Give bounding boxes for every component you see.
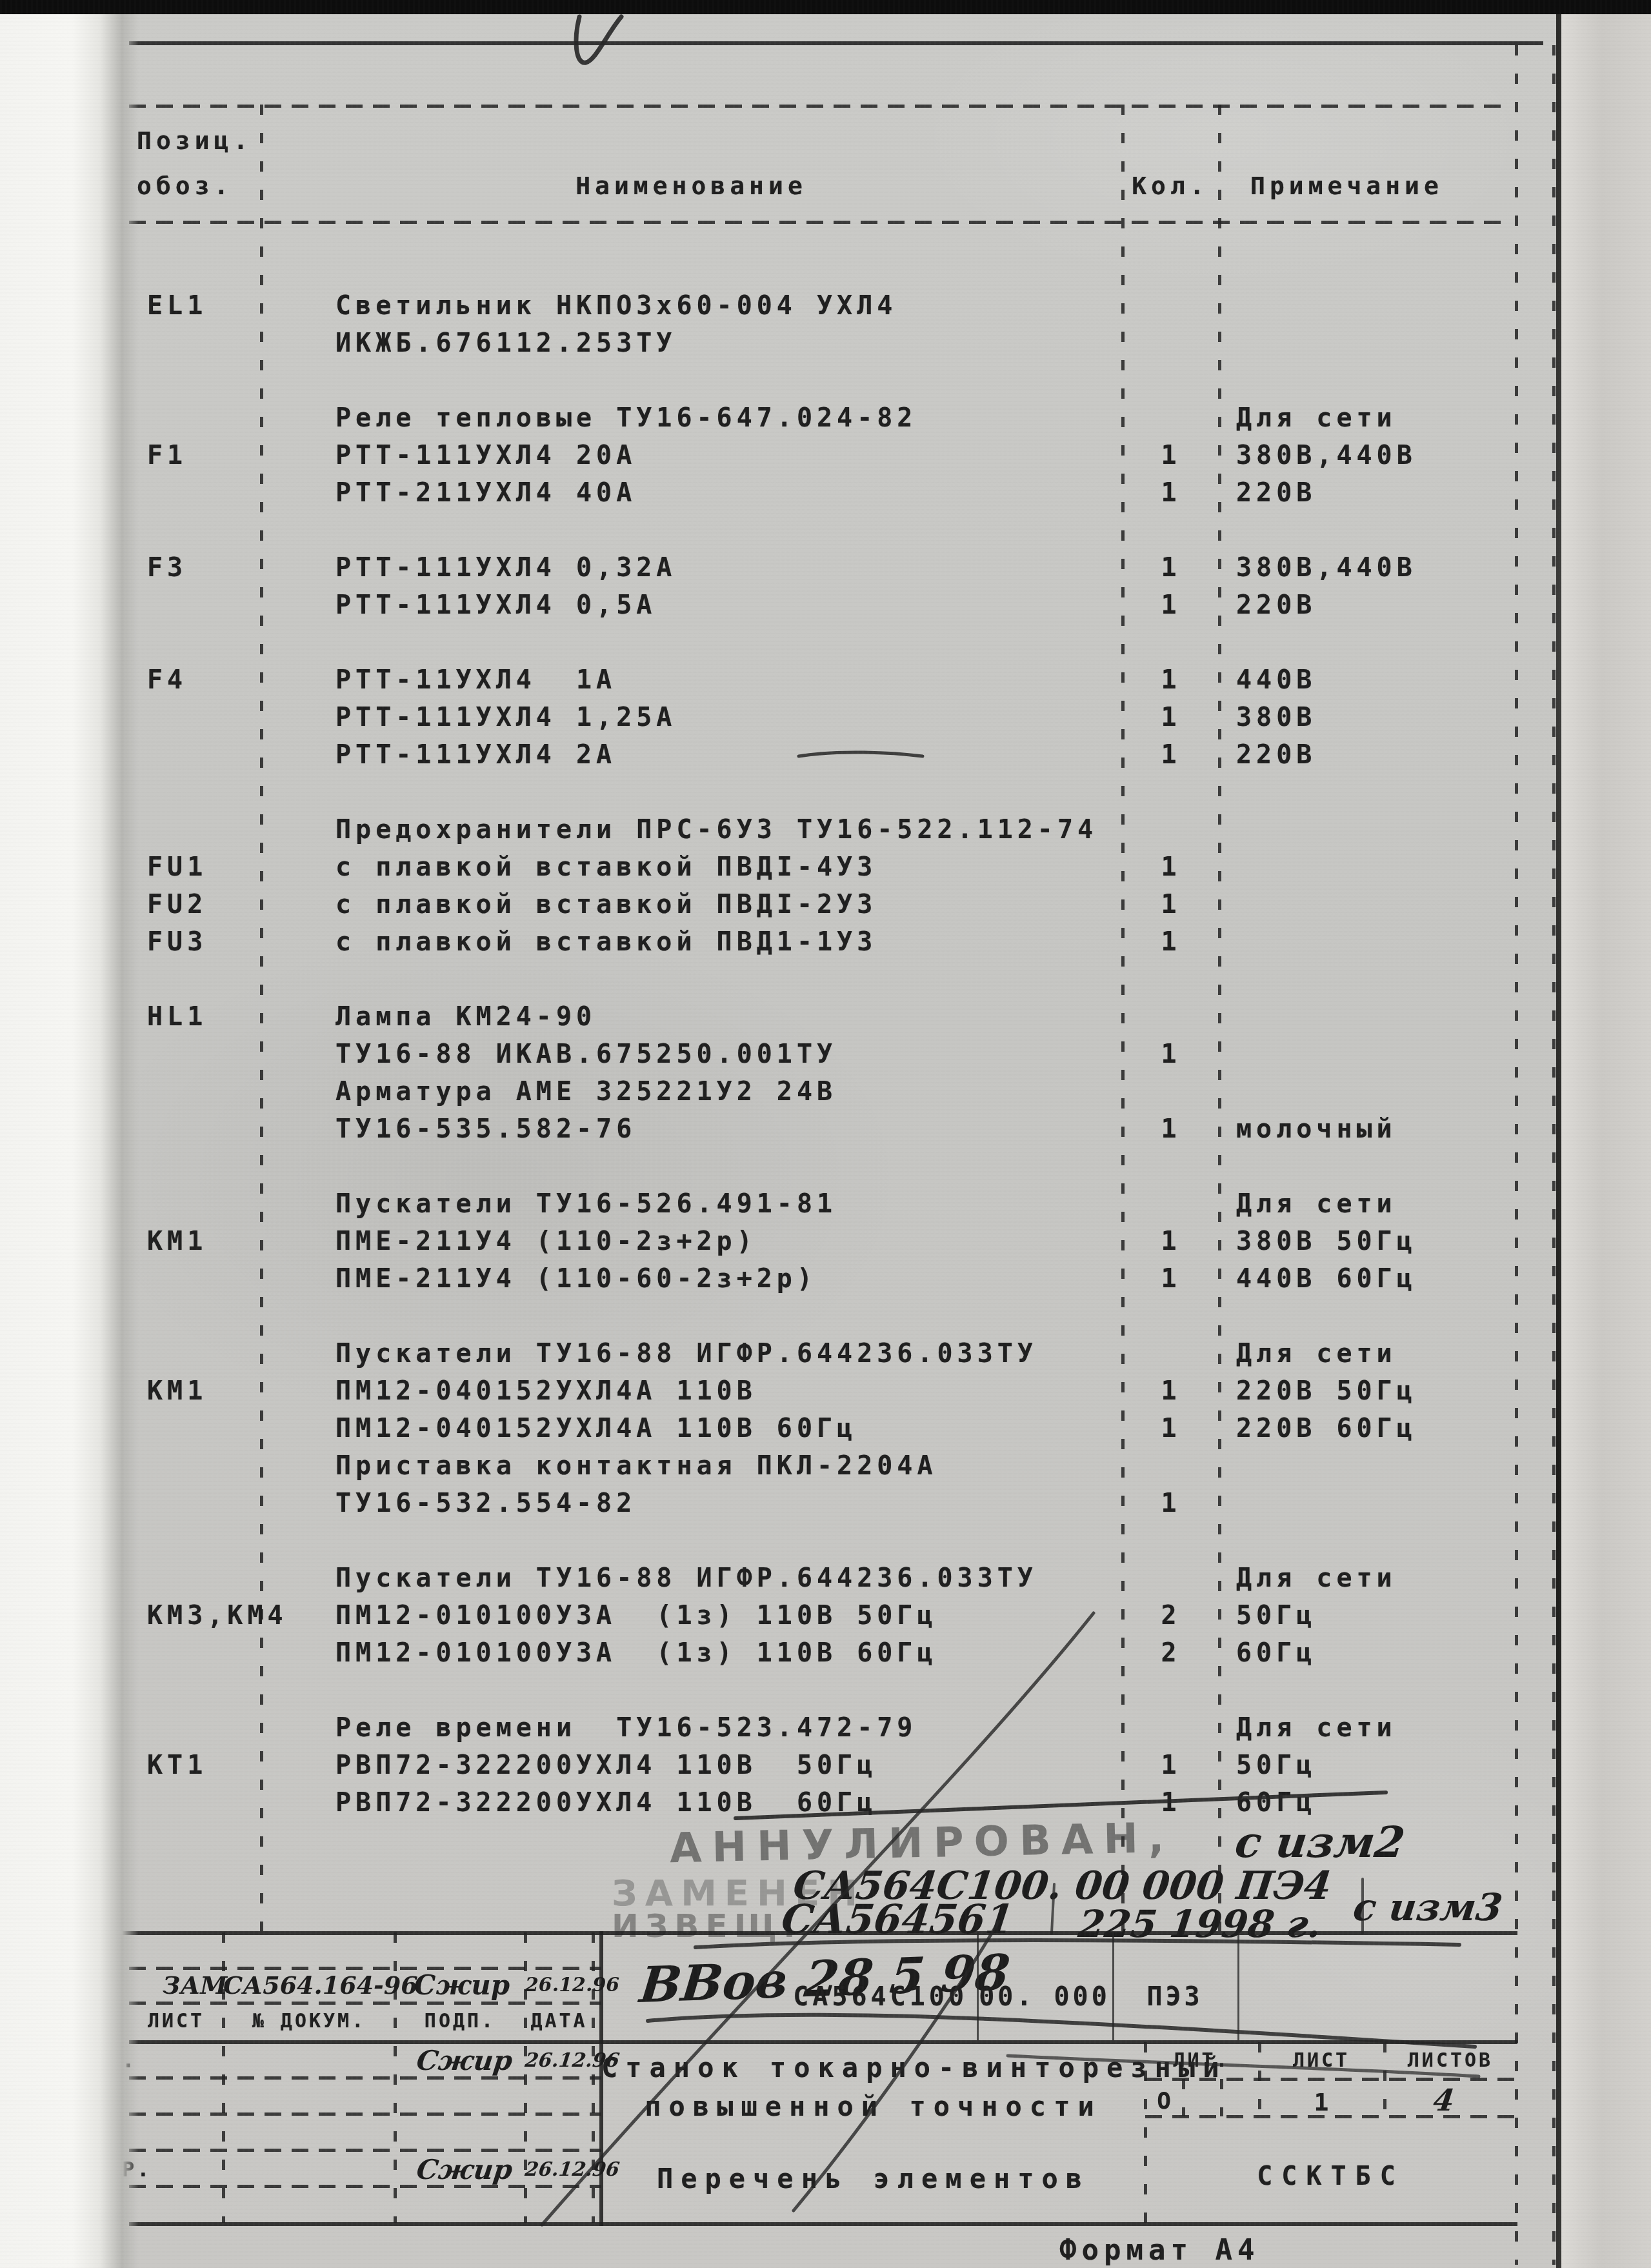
row-position xyxy=(129,699,261,736)
lit-value: О xyxy=(1145,2088,1183,2114)
row-note: 50Гц xyxy=(1219,1597,1516,1634)
row-name: РТТ-211УХЛ4 40А xyxy=(261,474,1123,512)
row-name: ПМЕ-211У4 (110-2з+2р) xyxy=(261,1223,1123,1260)
role-sign-cell: Сжир xyxy=(395,2045,525,2076)
row-note xyxy=(1219,774,1516,811)
role-sign-cell: Сжир xyxy=(395,2154,525,2185)
table-row xyxy=(129,774,1516,811)
role-rows: ЗРАБ.Сжир26.12.96ОВ.ЖНАЯКОНТР.Сжир26.12.… xyxy=(129,2042,601,2224)
role-label: ОВ. xyxy=(129,2085,223,2109)
row-name xyxy=(261,1148,1123,1185)
row-qty xyxy=(1123,1672,1219,1709)
row-name: ПМ12-010100У3А (1з) 110В 50Гц xyxy=(261,1597,1123,1634)
table-row: F3РТТ-111УХЛ4 0,32А1380В,440В xyxy=(129,549,1516,587)
lit-header-sheet: ЛИСТ xyxy=(1259,2049,1383,2072)
row-name: РВП72-322200УХЛ4 110В 60Гц xyxy=(261,1784,1123,1821)
row-qty: 1 xyxy=(1123,1410,1219,1447)
row-position: F3 xyxy=(129,549,261,587)
notice-stamp: ИЗВЕЩ. xyxy=(612,1907,802,1945)
table-row: Реле тепловые ТУ16-647.024-82Для сети xyxy=(129,399,1516,437)
table-row xyxy=(129,1148,1516,1185)
row-qty: 1 xyxy=(1123,474,1219,512)
row-name: Пускатели ТУ16-526.491-81 xyxy=(261,1185,1123,1223)
row-name xyxy=(261,961,1123,998)
table-row: РТТ-111УХЛ4 1,25А1380В xyxy=(129,699,1516,736)
row-qty xyxy=(1123,961,1219,998)
row-name: РТТ-111УХЛ4 1,25А xyxy=(261,699,1123,736)
table-row: Пускатели ТУ16-88 ИГФР.644236.033ТУДля с… xyxy=(129,1335,1516,1372)
row-qty xyxy=(1123,1709,1219,1747)
table-row xyxy=(129,512,1516,549)
row-note: молочный xyxy=(1219,1110,1516,1148)
row-qty xyxy=(1123,1073,1219,1110)
row-qty xyxy=(1123,811,1219,848)
row-note xyxy=(1219,1298,1516,1335)
table-row: ТУ16-532.554-821 xyxy=(129,1485,1516,1522)
row-qty xyxy=(1123,1447,1219,1485)
table-row: КМ1ПМ12-040152УХЛ4А 110В1220В 50Гц xyxy=(129,1372,1516,1410)
row-note xyxy=(1219,624,1516,661)
row-position xyxy=(129,1110,261,1148)
row-position: FU3 xyxy=(129,923,261,961)
row-name: Лампа КМ24-90 xyxy=(261,998,1123,1036)
row-name: Приставка контактная ПКЛ-2204А xyxy=(261,1447,1123,1485)
table-row xyxy=(129,961,1516,998)
role-label: КОНТР. xyxy=(129,2157,223,2182)
row-position xyxy=(129,399,261,437)
row-qty: 1 xyxy=(1123,699,1219,736)
row-note xyxy=(1219,512,1516,549)
row-position xyxy=(129,512,261,549)
row-note: 220В 50Гц xyxy=(1219,1372,1516,1410)
row-name: ПМЕ-211У4 (110-60-2з+2р) xyxy=(261,1260,1123,1298)
row-name xyxy=(261,624,1123,661)
top-rule xyxy=(129,41,1543,45)
row-position xyxy=(129,811,261,848)
col-sign-label: ПОДП. xyxy=(395,2010,525,2032)
row-qty: 1 xyxy=(1123,1036,1219,1073)
row-note: 220В xyxy=(1219,736,1516,774)
row-name: с плавкой вставкой ПВДІ-2У3 xyxy=(261,886,1123,923)
row-position xyxy=(129,774,261,811)
row-position: HL1 xyxy=(129,998,261,1036)
product-title-line1: Станок токарно-винторезный xyxy=(601,2052,1145,2083)
row-position: FU2 xyxy=(129,886,261,923)
lit-header-sheets: ЛИСТОВ xyxy=(1385,2049,1516,2072)
role-label: ЖНАЯ xyxy=(129,2121,223,2145)
table-row: Реле времени ТУ16-523.472-79Для сети xyxy=(129,1709,1516,1747)
row-position: КМ1 xyxy=(129,1372,261,1410)
row-position xyxy=(129,1148,261,1185)
row-name: Реле тепловые ТУ16-647.024-82 xyxy=(261,399,1123,437)
row-note xyxy=(1219,848,1516,886)
row-name: Пускатели ТУ16-88 ИГФР.644236.033ТУ xyxy=(261,1560,1123,1597)
format-label: Формат А4 xyxy=(1059,2234,1259,2267)
table-row: РТТ-111УХЛ4 0,5А1220В xyxy=(129,587,1516,624)
scan-top-bar xyxy=(0,0,1651,14)
underlying-page-edge xyxy=(1561,0,1651,2268)
row-qty: 1 xyxy=(1123,1260,1219,1298)
row-note: Для сети xyxy=(1219,1185,1516,1223)
row-qty xyxy=(1123,1335,1219,1372)
row-name: ИКЖБ.676112.253ТУ xyxy=(261,325,1123,362)
row-qty: 1 xyxy=(1123,1372,1219,1410)
col-docno-label: № ДОКУМ. xyxy=(223,2010,395,2032)
role-signature: Сжир xyxy=(415,2045,527,2076)
table-row: РТТ-211УХЛ4 40А1220В xyxy=(129,474,1516,512)
row-name xyxy=(261,1522,1123,1560)
row-qty xyxy=(1123,325,1219,362)
row-name: РТТ-111УХЛ4 20А xyxy=(261,437,1123,474)
sheets-value-handwriting: 4 xyxy=(1432,2083,1457,2118)
row-position xyxy=(129,1634,261,1672)
row-name: Предохранители ПРС-6У3 ТУ16-522.112-74 xyxy=(261,811,1123,848)
header-pos-line2: обоз. xyxy=(137,172,233,200)
header-note: Примечание xyxy=(1250,172,1443,200)
row-qty: 1 xyxy=(1123,661,1219,699)
row-qty xyxy=(1123,399,1219,437)
row-note: 380В,440В xyxy=(1219,549,1516,587)
row-note xyxy=(1219,961,1516,998)
lit-header-lit: ЛИТ. xyxy=(1145,2049,1258,2072)
role-signature: Сжир xyxy=(415,2154,527,2185)
row-position: F1 xyxy=(129,437,261,474)
row-note: Для сети xyxy=(1219,1335,1516,1372)
annulled-note-handwriting: с изм2 xyxy=(1232,1817,1408,1867)
row-position xyxy=(129,1784,261,1821)
designation-div-3 xyxy=(1237,1932,1239,2040)
row-note xyxy=(1219,923,1516,961)
row-note: 220В 60Гц xyxy=(1219,1410,1516,1447)
scanned-parts-list-page: Позиц. обоз. Наименование Кол. Примечани… xyxy=(0,0,1651,2268)
revision-change: ЗАМ xyxy=(129,1971,223,2000)
row-qty: 1 xyxy=(1123,1110,1219,1148)
row-note: 50Гц xyxy=(1219,1747,1516,1784)
table-row: HL1Лампа КМ24-90 xyxy=(129,998,1516,1036)
table-row: КМ3,КМ4ПМ12-010100У3А (1з) 110В 50Гц250Г… xyxy=(129,1597,1516,1634)
titleblock-top-rule xyxy=(110,1931,1517,1935)
designation-part2: 00. 000 xyxy=(978,1982,1111,2012)
table-row xyxy=(129,362,1516,399)
table-row: ПМЕ-211У4 (110-60-2з+2р)1440В 60Гц xyxy=(129,1260,1516,1298)
row-qty: 2 xyxy=(1123,1634,1219,1672)
row-note: 380В xyxy=(1219,699,1516,736)
row-name xyxy=(261,512,1123,549)
row-note: 440В 60Гц xyxy=(1219,1260,1516,1298)
header-qty: Кол. xyxy=(1123,172,1218,200)
row-name xyxy=(261,362,1123,399)
table-row: ПМ12-010100У3А (1з) 110В 60Гц260Гц xyxy=(129,1634,1516,1672)
row-position xyxy=(129,1709,261,1747)
col-sheet-label: ЛИСТ xyxy=(129,2010,223,2032)
row-position: КМ1 xyxy=(129,1223,261,1260)
row-position xyxy=(129,1522,261,1560)
row-qty: 1 xyxy=(1123,1223,1219,1260)
row-qty: 1 xyxy=(1123,437,1219,474)
header-name: Наименование xyxy=(261,172,1121,200)
table-row: Пускатели ТУ16-88 ИГФР.644236.033ТУДля с… xyxy=(129,1560,1516,1597)
table-row: ИКЖБ.676112.253ТУ xyxy=(129,325,1516,362)
row-qty: 1 xyxy=(1123,848,1219,886)
page-fold-edge xyxy=(0,0,139,2268)
table-row: РВП72-322200УХЛ4 110В 60Гц160Гц xyxy=(129,1784,1516,1821)
table-row: Пускатели ТУ16-526.491-81Для сети xyxy=(129,1185,1516,1223)
row-name: с плавкой вставкой ПВДІ-4У3 xyxy=(261,848,1123,886)
table-row: EL1Светильник НКПО3х60-004 УХЛ4 xyxy=(129,287,1516,325)
row-qty xyxy=(1123,774,1219,811)
row-note xyxy=(1219,1036,1516,1073)
frame-right-outer xyxy=(1552,45,1556,2265)
revision-sign: Сжир xyxy=(395,1969,525,2001)
row-qty: 1 xyxy=(1123,736,1219,774)
row-position xyxy=(129,1447,261,1485)
row-name: РТТ-11УХЛ4 1А xyxy=(261,661,1123,699)
table-row: Приставка контактная ПКЛ-2204А xyxy=(129,1447,1516,1485)
row-qty: 1 xyxy=(1123,549,1219,587)
row-position xyxy=(129,1410,261,1447)
table-row xyxy=(129,1522,1516,1560)
table-row: ПМ12-040152УХЛ4А 110В 60Гц1220В 60Гц xyxy=(129,1410,1516,1447)
replaced-note-handwriting: с изм3 xyxy=(1351,1885,1505,1929)
role-label: ЗРАБ. xyxy=(129,2048,223,2072)
table-row xyxy=(129,624,1516,661)
row-name: Светильник НКПО3х60-004 УХЛ4 xyxy=(261,287,1123,325)
row-name: Пускатели ТУ16-88 ИГФР.644236.033ТУ xyxy=(261,1335,1123,1372)
table-row: Предохранители ПРС-6У3 ТУ16-522.112-74 xyxy=(129,811,1516,848)
row-note xyxy=(1219,1485,1516,1522)
role-row: ЗРАБ.Сжир26.12.96 xyxy=(129,2042,601,2078)
row-position xyxy=(129,1485,261,1522)
row-qty xyxy=(1123,1560,1219,1597)
table-row xyxy=(129,1672,1516,1709)
designation-part3: ПЭЗ xyxy=(1114,1982,1236,2012)
role-date: 26.12.96 xyxy=(524,2049,594,2072)
row-note: Для сети xyxy=(1219,399,1516,437)
notice-value-handwriting: СА564561 xyxy=(779,1896,1017,1943)
row-qty: 1 xyxy=(1123,1485,1219,1522)
row-name xyxy=(261,774,1123,811)
row-note: 60Гц xyxy=(1219,1784,1516,1821)
parts-table-body: EL1Светильник НКПО3х60-004 УХЛ4ИКЖБ.6761… xyxy=(129,287,1516,1821)
row-position xyxy=(129,736,261,774)
row-qty xyxy=(1123,1298,1219,1335)
row-qty xyxy=(1123,1185,1219,1223)
row-qty xyxy=(1123,998,1219,1036)
row-name: РТТ-111УХЛ4 0,5А xyxy=(261,587,1123,624)
role-date: 26.12.96 xyxy=(524,2158,594,2181)
row-qty: 2 xyxy=(1123,1597,1219,1634)
designation-part1: СА564С100 xyxy=(735,1982,968,2012)
role-row: КОНТР.Сжир26.12.96 xyxy=(129,2151,601,2187)
role-label: В. xyxy=(129,2194,223,2218)
row-position xyxy=(129,961,261,998)
row-note xyxy=(1219,1522,1516,1560)
row-qty xyxy=(1123,362,1219,399)
row-note: 220В xyxy=(1219,587,1516,624)
row-position xyxy=(129,474,261,512)
row-position xyxy=(129,1260,261,1298)
org-code: ССКТБС xyxy=(1145,2162,1516,2191)
row-note: 60Гц xyxy=(1219,1634,1516,1672)
revision-doc: СА564.164-96 xyxy=(223,1971,395,2000)
row-position xyxy=(129,624,261,661)
row-note xyxy=(1219,1672,1516,1709)
page-right-edge xyxy=(1556,0,1561,2268)
row-note xyxy=(1219,1073,1516,1110)
row-name: Реле времени ТУ16-523.472-79 xyxy=(261,1709,1123,1747)
row-position: КТ1 xyxy=(129,1747,261,1784)
table-row: ТУ16-535.582-761молочный xyxy=(129,1110,1516,1148)
role-row: ОВ. xyxy=(129,2078,601,2114)
table-row: ТУ16-88 ИКАВ.675250.001ТУ1 xyxy=(129,1036,1516,1073)
row-note xyxy=(1219,1148,1516,1185)
row-note: Для сети xyxy=(1219,1709,1516,1747)
revision-date: 26.12.96 xyxy=(525,1974,593,1996)
table-row: FU3с плавкой вставкой ПВД1-1У31 xyxy=(129,923,1516,961)
row-position xyxy=(129,325,261,362)
row-position xyxy=(129,1185,261,1223)
row-position xyxy=(129,1672,261,1709)
row-name: РВП72-322200УХЛ4 110В 50Гц xyxy=(261,1747,1123,1784)
row-position: EL1 xyxy=(129,287,261,325)
row-position: FU1 xyxy=(129,848,261,886)
product-title-line2: повышенной точности xyxy=(601,2091,1145,2122)
role-date-cell: 26.12.96 xyxy=(525,2049,593,2072)
role-row: ЖНАЯ xyxy=(129,2115,601,2151)
row-name: ПМ12-040152УХЛ4А 110В 60Гц xyxy=(261,1410,1123,1447)
row-position: F4 xyxy=(129,661,261,699)
row-name: с плавкой вставкой ПВД1-1У3 xyxy=(261,923,1123,961)
row-note xyxy=(1219,886,1516,923)
row-name xyxy=(261,1298,1123,1335)
revision-header-row: ЛИСТ № ДОКУМ. ПОДП. ДАТА xyxy=(129,2003,601,2039)
row-name: ТУ16-88 ИКАВ.675250.001ТУ xyxy=(261,1036,1123,1073)
row-name: РТТ-111УХЛ4 2А xyxy=(261,736,1123,774)
table-row: РТТ-111УХЛ4 2А1220В xyxy=(129,736,1516,774)
row-position xyxy=(129,1073,261,1110)
row-qty: 1 xyxy=(1123,1747,1219,1784)
row-qty xyxy=(1123,1522,1219,1560)
role-date-cell: 26.12.96 xyxy=(525,2158,593,2181)
row-name: ПМ12-010100У3А (1з) 110В 60Гц xyxy=(261,1634,1123,1672)
row-note: 220В xyxy=(1219,474,1516,512)
row-note xyxy=(1219,811,1516,848)
row-qty: 1 xyxy=(1123,587,1219,624)
row-note: Для сети xyxy=(1219,1560,1516,1597)
lit-subsep-2 xyxy=(1220,2079,1223,2116)
row-name: ПМ12-040152УХЛ4А 110В xyxy=(261,1372,1123,1410)
row-note xyxy=(1219,362,1516,399)
row-qty xyxy=(1123,1148,1219,1185)
table-row: F4РТТ-11УХЛ4 1А1440В xyxy=(129,661,1516,699)
row-note xyxy=(1219,998,1516,1036)
row-position xyxy=(129,1036,261,1073)
row-position xyxy=(129,1335,261,1372)
row-qty: 1 xyxy=(1123,886,1219,923)
table-row: КМ1ПМЕ-211У4 (110-2з+2р)1380В 50Гц xyxy=(129,1223,1516,1260)
row-note: 380В 50Гц xyxy=(1219,1223,1516,1260)
row-name xyxy=(261,1672,1123,1709)
row-name: ТУ16-535.582-76 xyxy=(261,1110,1123,1148)
row-position: КМ3,КМ4 xyxy=(129,1597,261,1634)
row-position xyxy=(129,1298,261,1335)
table-row: Арматура АМЕ 325221У2 24В xyxy=(129,1073,1516,1110)
table-row xyxy=(129,1298,1516,1335)
table-top-border xyxy=(129,105,1511,108)
table-row: FU2с плавкой вставкой ПВДІ-2У31 xyxy=(129,886,1516,923)
sheet-value: 1 xyxy=(1259,2088,1383,2116)
table-row: FU1с плавкой вставкой ПВДІ-4У31 xyxy=(129,848,1516,886)
col-date-label: ДАТА xyxy=(525,2010,593,2032)
revision-row: ЗАМ СА564.164-96 Сжир 26.12.96 xyxy=(129,1967,601,2003)
row-position xyxy=(129,1560,261,1597)
row-name: РТТ-111УХЛ4 0,32А xyxy=(261,549,1123,587)
row-note: 380В,440В xyxy=(1219,437,1516,474)
row-note xyxy=(1219,325,1516,362)
row-qty xyxy=(1123,512,1219,549)
doc-type-title: Перечень элементов xyxy=(601,2163,1145,2194)
row-qty xyxy=(1123,624,1219,661)
row-note xyxy=(1219,287,1516,325)
table-row: КТ1РВП72-322200УХЛ4 110В 50Гц150Гц xyxy=(129,1747,1516,1784)
row-position xyxy=(129,362,261,399)
role-row: В. xyxy=(129,2188,601,2224)
row-note xyxy=(1219,1447,1516,1485)
header-pos-line1: Позиц. xyxy=(137,126,252,155)
row-qty xyxy=(1123,287,1219,325)
check-mark xyxy=(576,17,621,63)
row-position xyxy=(129,587,261,624)
row-name: Арматура АМЕ 325221У2 24В xyxy=(261,1073,1123,1110)
row-name: ТУ16-532.554-82 xyxy=(261,1485,1123,1522)
header-bottom-border xyxy=(129,221,1511,224)
row-qty: 1 xyxy=(1123,923,1219,961)
table-row: F1РТТ-111УХЛ4 20А1380В,440В xyxy=(129,437,1516,474)
row-note: 440В xyxy=(1219,661,1516,699)
